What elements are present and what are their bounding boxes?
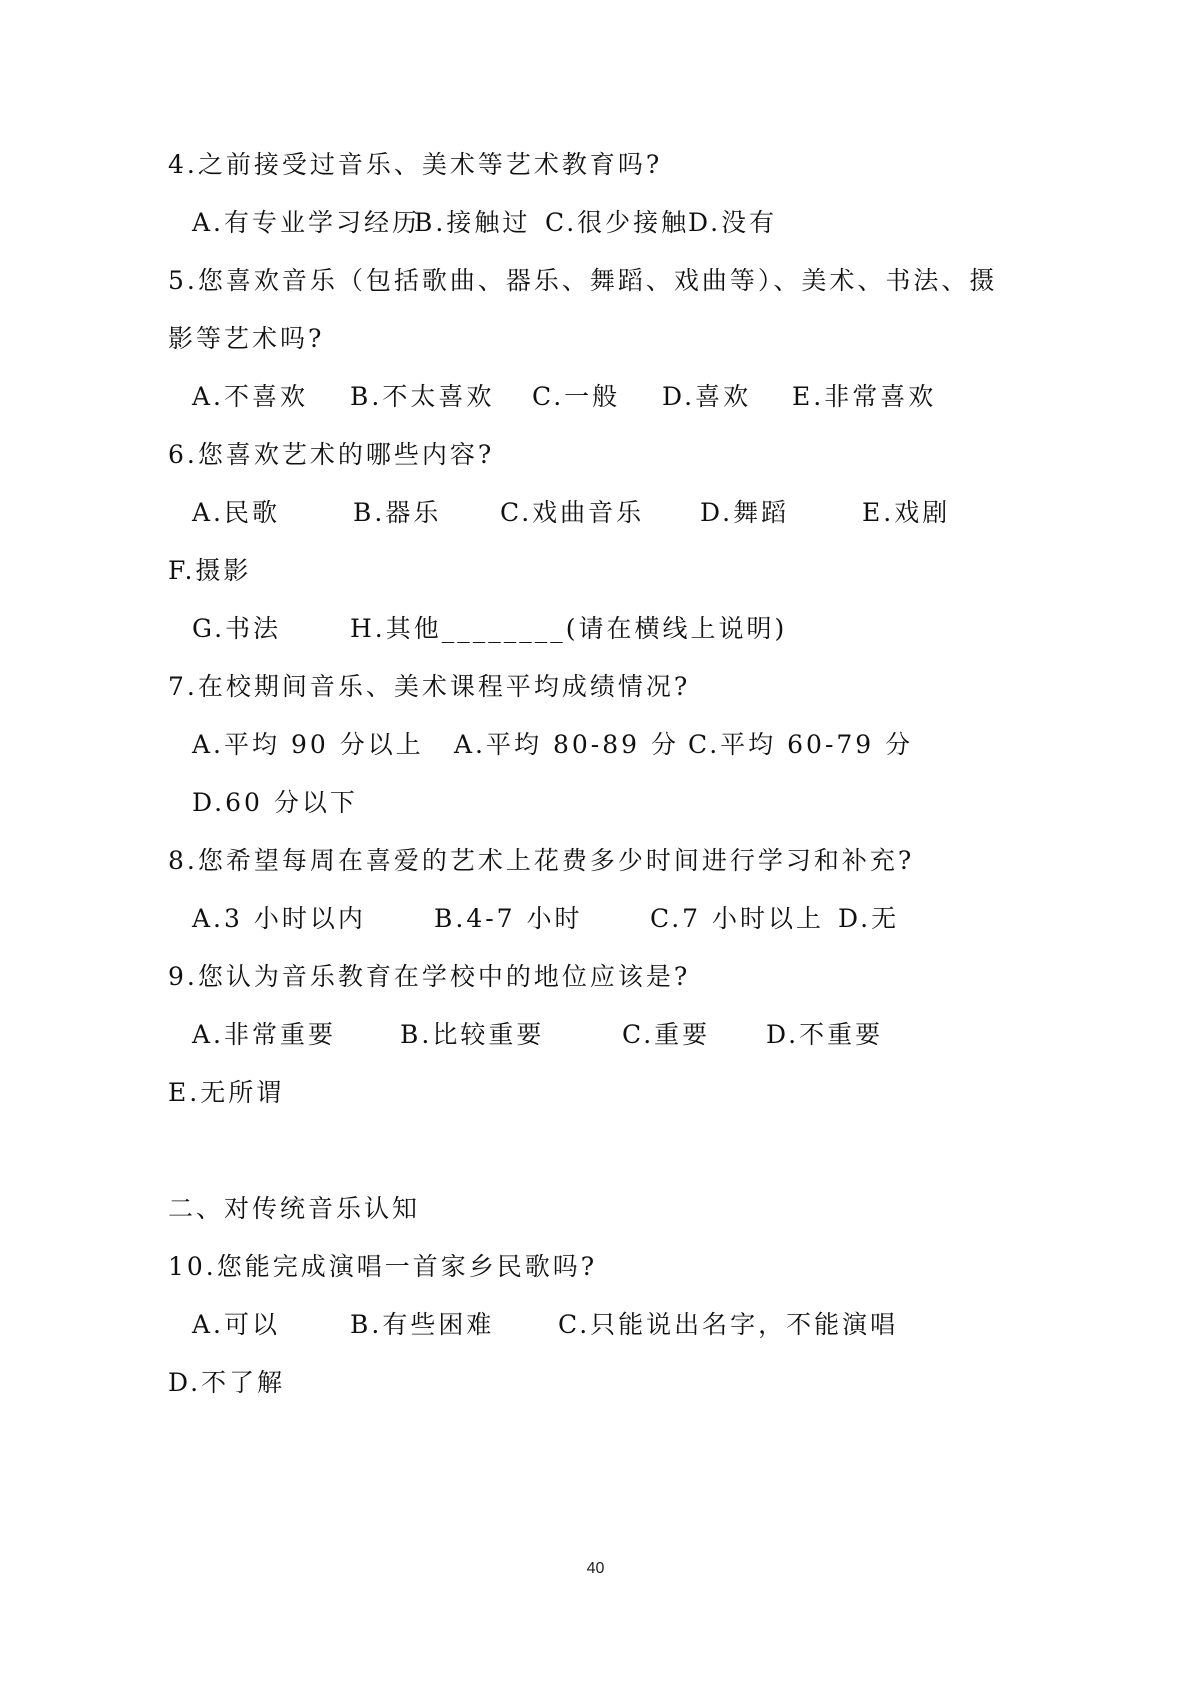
q4-option-a: A.有专业学习经历 — [192, 208, 420, 238]
q5-option-b: B.不太喜欢 — [350, 382, 494, 412]
q4-option-b: B.接触过 — [414, 208, 530, 238]
q10-option-a: A.可以 — [192, 1310, 280, 1340]
q5-option-d: D.喜欢 — [662, 382, 751, 412]
question-5-line-1: 5.您喜欢音乐（包括歌曲、器乐、舞蹈、戏曲等）、美术、书法、摄 — [168, 266, 997, 296]
q8-option-b: B.4-7 小时 — [434, 904, 583, 934]
q6-option-b: B.器乐 — [353, 498, 441, 528]
q8-option-a: A.3 小时以内 — [192, 904, 366, 934]
q10-option-b: B.有些困难 — [350, 1310, 494, 1340]
question-7: 7.在校期间音乐、美术课程平均成绩情况? — [168, 672, 690, 702]
q7-option-c: C.平均 60-79 分 — [688, 730, 913, 760]
q9-option-d: D.不重要 — [766, 1020, 883, 1050]
q6-option-e: E.戏剧 — [862, 498, 950, 528]
q6-option-a: A.民歌 — [192, 498, 280, 528]
q6-option-g: G.书法 — [192, 614, 281, 644]
q5-option-e: E.非常喜欢 — [792, 382, 936, 412]
section-2-title: 二、对传统音乐认知 — [168, 1194, 420, 1224]
q8-option-c: C.7 小时以上 — [650, 904, 824, 934]
question-5-line-2: 影等艺术吗? — [168, 324, 324, 354]
q4-option-c: C.很少接触 — [545, 208, 689, 238]
q9-option-e: E.无所谓 — [168, 1078, 284, 1108]
q8-option-d: D.无 — [838, 904, 899, 934]
question-9: 9.您认为音乐教育在学校中的地位应该是? — [168, 962, 690, 992]
q7-option-a: A.平均 90 分以上 — [192, 730, 424, 760]
q6-option-d: D.舞蹈 — [700, 498, 789, 528]
q7-option-d: D.60 分以下 — [192, 788, 358, 818]
q6-option-f: F.摄影 — [168, 556, 251, 586]
q9-option-c: C.重要 — [622, 1020, 710, 1050]
q5-option-c: C.一般 — [532, 382, 620, 412]
q4-option-d: D.没有 — [688, 208, 777, 238]
q5-option-a: A.不喜欢 — [192, 382, 308, 412]
q10-option-d: D.不了解 — [168, 1368, 285, 1398]
question-10: 10.您能完成演唱一首家乡民歌吗? — [168, 1252, 597, 1282]
q6-option-h: H.其他________(请在横线上说明) — [350, 614, 787, 644]
q9-option-b: B.比较重要 — [400, 1020, 544, 1050]
question-8: 8.您希望每周在喜爱的艺术上花费多少时间进行学习和补充? — [168, 846, 914, 876]
question-4: 4.之前接受过音乐、美术等艺术教育吗? — [168, 150, 662, 180]
question-6: 6.您喜欢艺术的哪些内容? — [168, 440, 494, 470]
page-number: 40 — [0, 1560, 1191, 1578]
q6-option-c: C.戏曲音乐 — [500, 498, 644, 528]
q9-option-a: A.非常重要 — [192, 1020, 336, 1050]
q7-option-b: A.平均 80-89 分 — [454, 730, 679, 760]
q10-option-c: C.只能说出名字，不能演唱 — [558, 1310, 898, 1340]
